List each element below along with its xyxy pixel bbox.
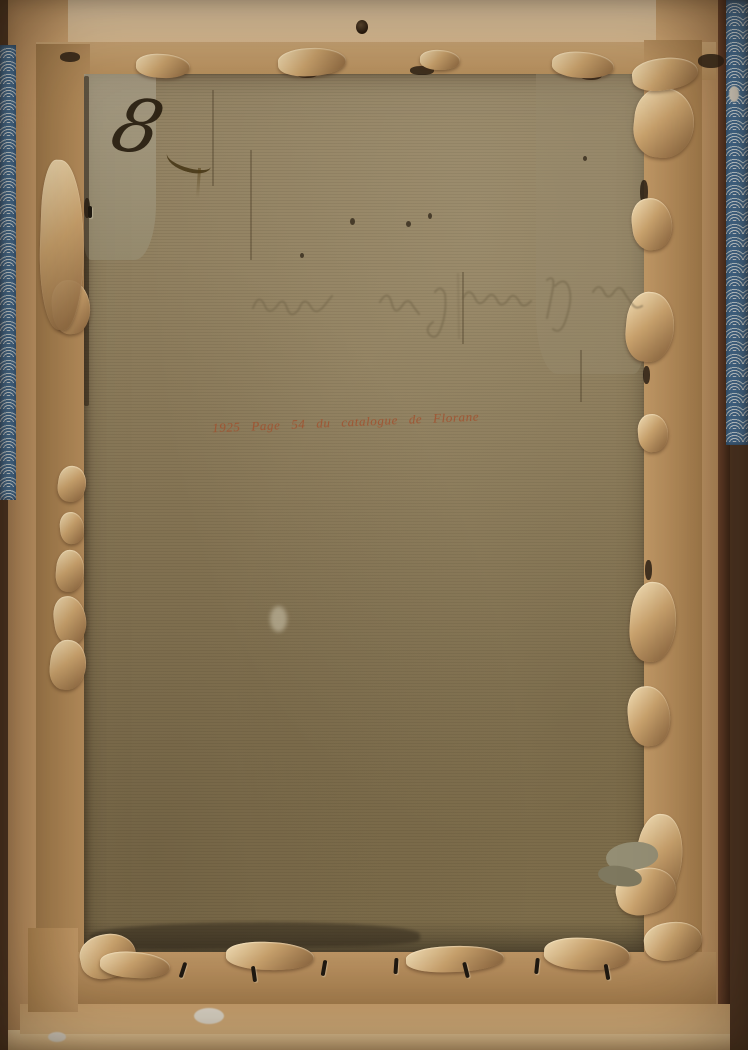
backing-speck xyxy=(350,218,355,225)
kraft-tape-bottom-left-patch xyxy=(28,928,78,1012)
paint-spot xyxy=(729,86,739,102)
nail-left-seam xyxy=(88,206,92,218)
backing-speck xyxy=(428,213,432,219)
kraft-strip-bottom-light xyxy=(20,1004,730,1034)
paint-spot xyxy=(194,1008,224,1024)
blue-wave-fabric-right xyxy=(726,0,748,445)
backing-speck xyxy=(583,156,587,161)
tape-tear-gap xyxy=(698,54,724,68)
backing-seam-left xyxy=(84,76,89,406)
faint-pencil-inscription xyxy=(195,262,665,372)
backing-crease xyxy=(212,90,214,186)
backing-light-stain xyxy=(270,606,287,632)
blue-wave-fabric-left xyxy=(0,45,16,500)
backing-speck xyxy=(300,253,304,258)
backing-speck xyxy=(406,221,411,227)
tape-tear-gap xyxy=(60,52,80,62)
backing-crease xyxy=(250,150,252,260)
tape-crumple xyxy=(420,49,461,70)
screw-hole xyxy=(356,20,368,34)
cardboard-backing xyxy=(84,74,644,958)
photo-framed-artwork-verso: 8 1925 Page 54 du catalogue de Florane xyxy=(0,0,748,1050)
tape-tear-gap xyxy=(645,560,652,580)
paint-spot xyxy=(48,1032,66,1042)
